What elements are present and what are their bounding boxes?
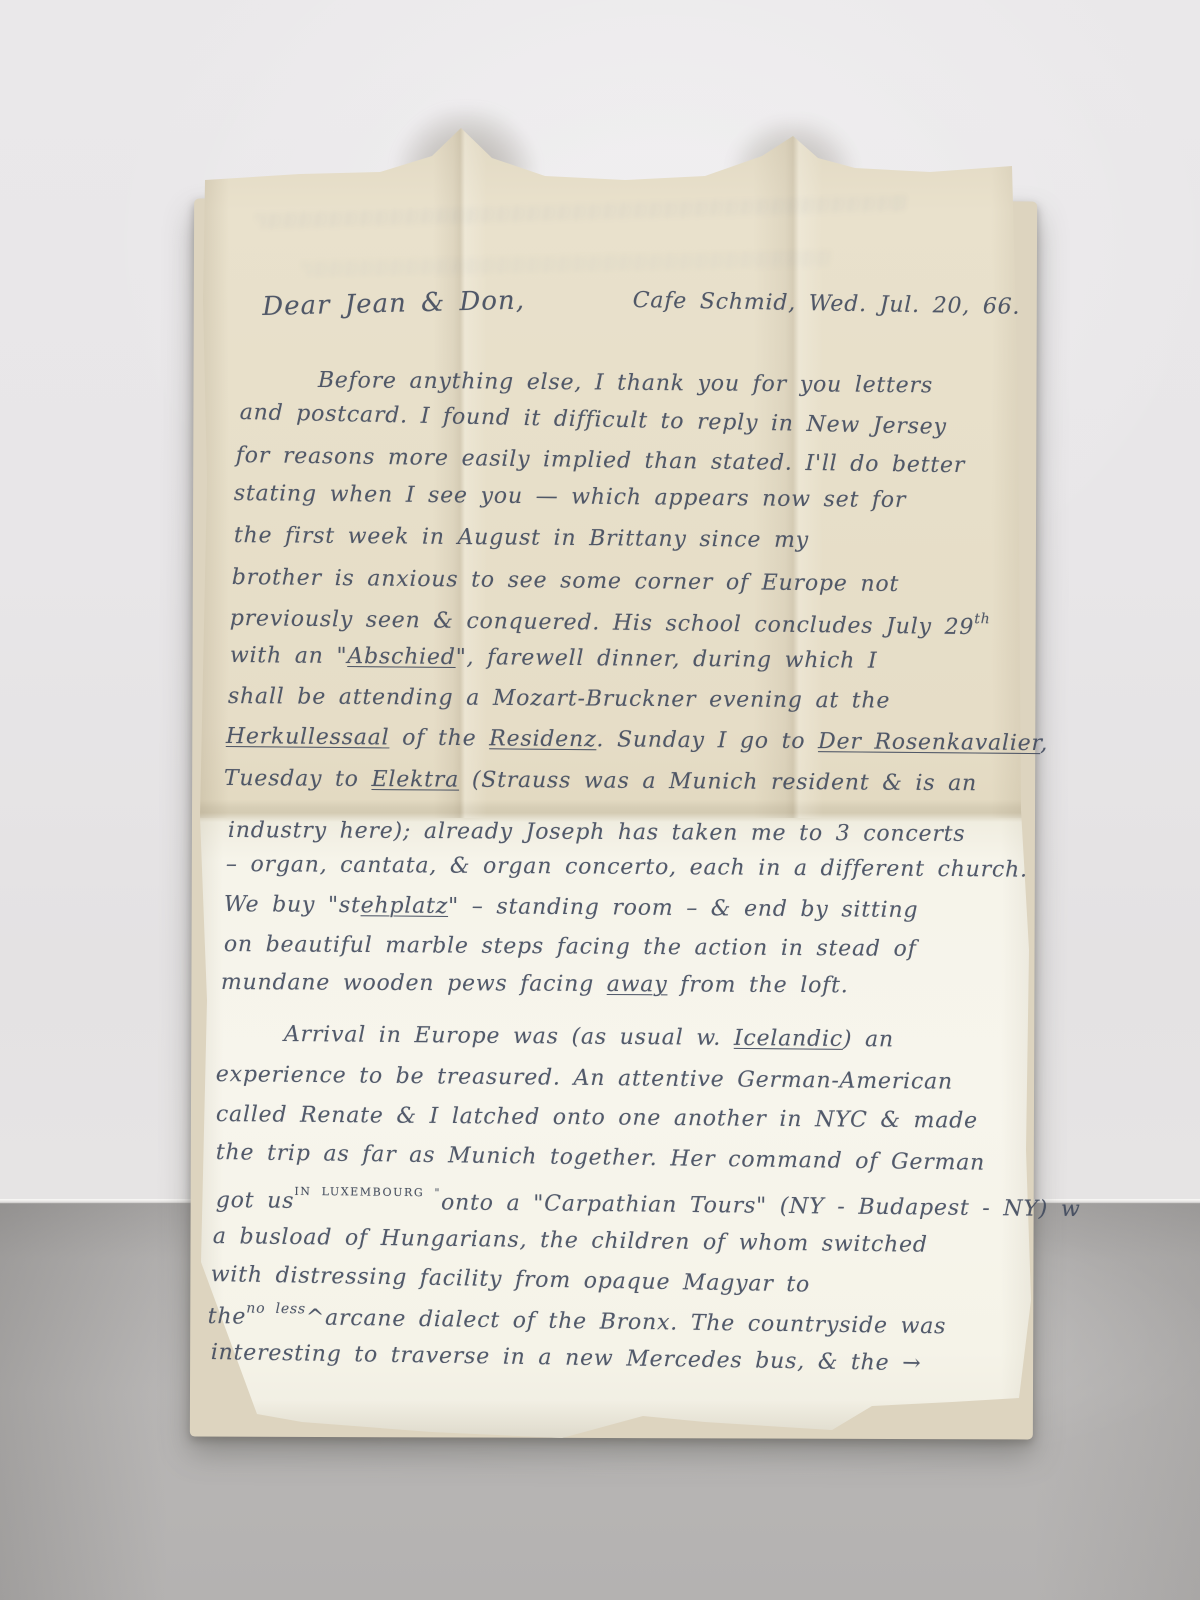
letter-text-segment: , bbox=[1040, 731, 1048, 756]
letter-text-segment: Abschied bbox=[347, 644, 456, 670]
letter-line: Arrival in Europe was (as usual w. Icela… bbox=[284, 1022, 894, 1052]
letter-text-segment: of the bbox=[389, 725, 489, 751]
handwriting-layer: Dear Jean & Don, Cafe Schmid, Wed. Jul. … bbox=[0, 0, 1200, 1600]
letter-text-segment: shall be attending a Mozart-Bruckner eve… bbox=[228, 684, 891, 714]
letter-text-segment: onto a "Carpathian Tours" (NY - Budapest… bbox=[441, 1190, 1081, 1222]
letter-text-segment: for reasons more easily implied than sta… bbox=[236, 443, 966, 478]
letter-text-segment: Tuesday to bbox=[224, 766, 372, 792]
letter-text-segment: previously seen & conquered. His school … bbox=[230, 606, 975, 640]
letter-line: got usIN LUXEMBOURG "onto a "Carpathian … bbox=[216, 1184, 1081, 1222]
letter-line: and postcard. I found it difficult to re… bbox=[239, 400, 947, 440]
letter-insertion: th bbox=[974, 611, 990, 627]
letter-text-segment: the bbox=[208, 1304, 247, 1330]
letter-text-segment: called Renate & I latched onto one anoth… bbox=[216, 1102, 978, 1134]
letter-text-segment: Before anything else, I thank you for yo… bbox=[318, 368, 933, 398]
letter-line: Herkullessaal of the Residenz. Sunday I … bbox=[226, 724, 1048, 756]
letter-text-segment: with distressing facility from opaque Ma… bbox=[211, 1262, 811, 1297]
letter-line: theno less^arcane dialect of the Bronx. … bbox=[208, 1300, 947, 1339]
letter-line: brother is anxious to see some corner of… bbox=[232, 565, 899, 597]
letter-line: the trip as far as Munich together. Her … bbox=[216, 1140, 986, 1176]
letter-text-segment: Icelandic bbox=[734, 1026, 843, 1052]
letter-text-segment: experience to be treasured. An attentive… bbox=[216, 1062, 953, 1095]
letter-line: on beautiful marble steps facing the act… bbox=[224, 932, 917, 962]
letter-line: industry here); already Joseph has taken… bbox=[228, 818, 966, 847]
letter-text-segment: a busload of Hungarians, the children of… bbox=[213, 1224, 928, 1258]
letter-text-segment: Elektra bbox=[371, 767, 459, 793]
letter-line: – organ, cantata, & organ concerto, each… bbox=[226, 852, 1028, 883]
letter-line: mundane wooden pews facing away from the… bbox=[221, 970, 849, 998]
letter-dateline: Cafe Schmid, Wed. Jul. 20, 66. bbox=[633, 288, 1021, 320]
letter-line: with an "Abschied", farewell dinner, dur… bbox=[230, 643, 878, 674]
letter-line: We buy "stehplatz" – standing room – & e… bbox=[224, 892, 919, 923]
letter-line: stating when I see you — which appears n… bbox=[234, 481, 907, 513]
letter-text-segment: on beautiful marble steps facing the act… bbox=[224, 932, 917, 962]
letter-text-segment: the trip as far as Munich together. Her … bbox=[216, 1140, 986, 1176]
letter-salutation: Dear Jean & Don, bbox=[262, 286, 525, 322]
letter-text-segment: . Sunday I go to bbox=[596, 727, 818, 754]
letter-text-segment: (Strauss was a Munich resident & is an bbox=[459, 768, 977, 797]
letter-text-segment: got us bbox=[216, 1188, 295, 1214]
letter-insertion: IN LUXEMBOURG " bbox=[294, 1185, 441, 1200]
letter-text-segment: " – standing room – & end by sitting bbox=[448, 894, 918, 923]
letter-text-segment: We buy "st bbox=[224, 892, 361, 918]
letter-line: with distressing facility from opaque Ma… bbox=[211, 1262, 811, 1297]
letter-line: Before anything else, I thank you for yo… bbox=[318, 368, 933, 398]
letter-line: called Renate & I latched onto one anoth… bbox=[216, 1102, 978, 1134]
letter-text-segment: stating when I see you — which appears n… bbox=[234, 481, 907, 513]
letter-line: interesting to traverse in a new Mercede… bbox=[211, 1340, 922, 1376]
letter-text-segment: Der Rosenkavalier bbox=[818, 729, 1040, 756]
letter-text-segment: industry here); already Joseph has taken… bbox=[228, 818, 966, 847]
letter-text-segment: away bbox=[607, 972, 668, 997]
letter-text-segment: mundane wooden pews facing bbox=[221, 970, 607, 997]
letter-text-segment: → bbox=[889, 1351, 921, 1377]
letter-line: experience to be treasured. An attentive… bbox=[216, 1062, 953, 1095]
letter-text-segment: – organ, cantata, & organ concerto, each… bbox=[226, 852, 1028, 883]
letter-line: Tuesday to Elektra (Strauss was a Munich… bbox=[224, 766, 977, 796]
letter-line: for reasons more easily implied than sta… bbox=[236, 443, 966, 478]
letter-text-segment: Herkullessaal bbox=[226, 724, 390, 750]
letter-insertion: no less bbox=[246, 1301, 306, 1318]
letter-text-segment: ehplatz bbox=[361, 893, 449, 919]
letter-line: a busload of Hungarians, the children of… bbox=[213, 1224, 928, 1258]
letter-text-segment: with an " bbox=[230, 643, 348, 669]
letter-line: previously seen & conquered. His school … bbox=[230, 602, 991, 640]
letter-text-segment: ^arcane dialect of the Bronx. The countr… bbox=[306, 1305, 947, 1339]
letter-text-segment: and postcard. I found it difficult to re… bbox=[239, 400, 947, 440]
letter-text-segment: brother is anxious to see some corner of… bbox=[232, 565, 899, 597]
letter-text-segment: from the loft. bbox=[667, 972, 848, 998]
letter-line: shall be attending a Mozart-Bruckner eve… bbox=[228, 684, 891, 714]
letter-line: the first week in August in Brittany sin… bbox=[234, 523, 809, 553]
letter-text-segment: Residenz bbox=[489, 726, 596, 752]
letter-text-segment: Arrival in Europe was (as usual w. bbox=[284, 1022, 734, 1051]
letter-text-segment: ) an bbox=[843, 1027, 894, 1052]
letter-text-segment: interesting to traverse in a new Mercede… bbox=[211, 1340, 890, 1376]
letter-text-segment: ", farewell dinner, during which I bbox=[456, 645, 878, 674]
letter-text-segment: the first week in August in Brittany sin… bbox=[234, 523, 809, 553]
